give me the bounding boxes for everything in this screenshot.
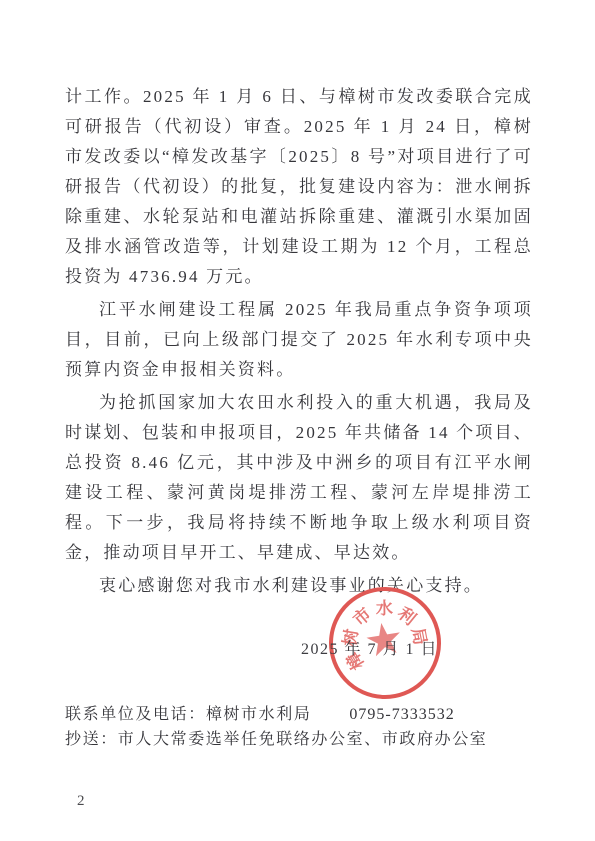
seal-character: 水 — [374, 596, 394, 616]
page-number: 2 — [77, 793, 85, 810]
contact-line: 联系单位及电话：樟树市水利局0795-7333532 — [65, 701, 455, 724]
paragraph: 为抢抓国家加大农田水利投入的重大机遇，我局及时谋划、包装和申报项目，2025 年… — [65, 388, 533, 568]
contact-org: 樟树市水利局 — [206, 706, 312, 723]
paragraph: 计工作。2025 年 1 月 6 日、与樟树市发改委联合完成可研报告（代初设）审… — [65, 82, 533, 292]
document-body: 计工作。2025 年 1 月 6 日、与樟树市发改委联合完成可研报告（代初设）审… — [65, 82, 533, 601]
contact-phone: 0795-7333532 — [349, 706, 454, 723]
document-date: 2025 年 7 月 1 日 — [301, 636, 438, 659]
paragraph: 衷心感谢您对我市水利建设事业的关心支持。 — [65, 571, 533, 601]
cc-line: 抄送：市人大常委选举任免联络办公室、市政府办公室 — [65, 726, 487, 749]
document-page: 计工作。2025 年 1 月 6 日、与樟树市发改委联合完成可研报告（代初设）审… — [0, 0, 595, 841]
paragraph: 江平水闸建设工程属 2025 年我局重点争资争项项目，目前，已向上级部门提交了 … — [65, 295, 533, 385]
contact-label: 联系单位及电话： — [65, 706, 206, 723]
